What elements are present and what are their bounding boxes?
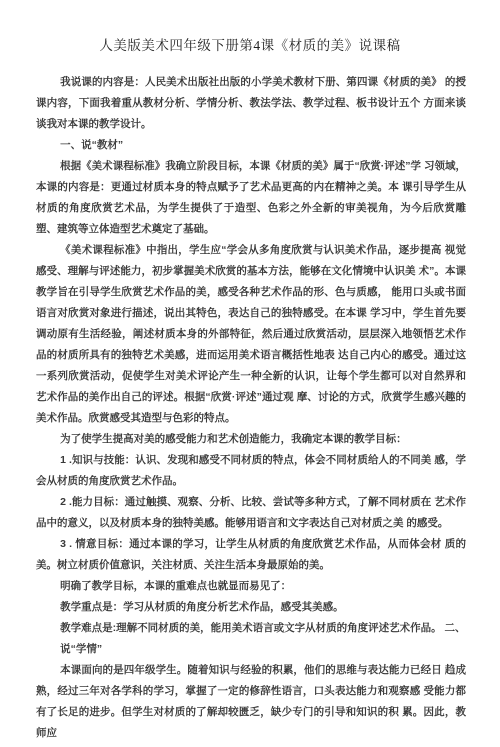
paragraph-goals-intro: 为了使学生提高对美的感受能力和艺术创造能力，我确定本课的教学目标： [36,429,466,450]
paragraph-curriculum-standard: 《美术课程标准》中指出，学生应“学会从多角度欣赏与认识美术作品，逐步提高 视觉感… [36,240,466,429]
paragraph-teaching-difficulty: 教学难点是:理解不同材质的美，能用美术语言或文字从材质的角度评述艺术作品。 二、 [36,618,466,639]
document-page: 人美版美术四年级下册第4课《材质的美》说课稿 我说课的内容是：人民美术出版社出版… [0,0,500,747]
heading-section-1-textbook: 一、说“教材” [36,135,466,156]
paragraph-goal-affective: 3 . 情意目标：通过本课的学习，让学生从材质的角度欣赏艺术作品，从而体会材 质… [36,534,466,576]
paragraph-goal-ability: 2 .能力目标：通过触摸、观察、分析、比较、尝试等多种方式，了解不同材质在 艺术… [36,492,466,534]
paragraph-learner-analysis: 本课面向的是四年级学生。随着知识与经验的积累，他们的思维与表达能力已经日 趋成熟… [36,660,466,744]
document-title: 人美版美术四年级下册第4课《材质的美》说课稿 [0,0,500,54]
paragraph-intro: 我说课的内容是：人民美术出版社出版的小学美术教材下册、第四课《材质的美》 的授课… [36,72,466,135]
paragraph-teaching-focus: 教学重点是：学习从材质的角度分析艺术作品，感受其美感。 [36,597,466,618]
heading-section-2-learners: 说“学情” [36,639,466,660]
paragraph-textbook-analysis: 根据《美术课程标准》我确立阶段目标，本课《材质的美》属于“欣赏·评述”学 习领域… [36,156,466,240]
paragraph-keypoints-intro: 明确了教学目标，本课的重难点也就显而易见了： [36,576,466,597]
document-body: 我说课的内容是：人民美术出版社出版的小学美术教材下册、第四课《材质的美》 的授课… [36,72,466,744]
paragraph-goal-knowledge: 1 .知识与技能：认识、发现和感受不同材质的特点，体会不同材质给人的不同美 感，… [36,450,466,492]
